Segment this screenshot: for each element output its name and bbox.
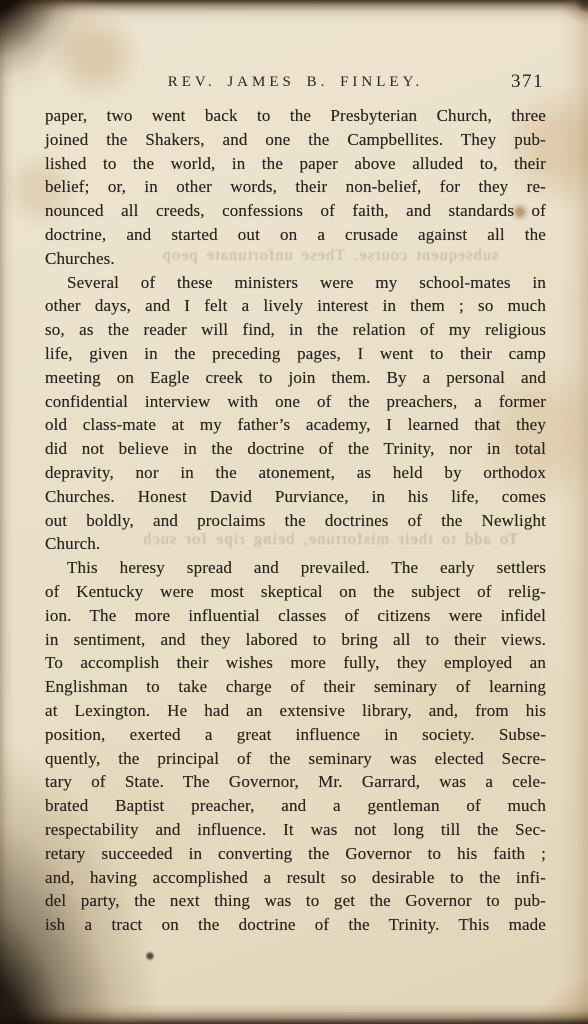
- text-line: Churches. Honest David Purviance, in his…: [45, 485, 546, 509]
- text-line: ion. The more influential classes of cit…: [45, 604, 546, 628]
- text-line: life, given in the preceding pages, I we…: [45, 342, 546, 366]
- text-line: of Kentucky were most skeptical on the s…: [45, 580, 546, 604]
- text-line: so, as the reader will find, in the rela…: [45, 318, 546, 342]
- text-line: did not believe in the doctrine of the T…: [45, 437, 546, 461]
- text-line: nounced all creeds, confessions of faith…: [45, 199, 546, 223]
- text-line: out boldly, and proclaims the doctrines …: [45, 509, 546, 533]
- book-page-scan: REV. JAMES B. FINLEY. 371 paper, two wen…: [0, 0, 588, 1024]
- text-line: paper, two went back to the Presbyterian…: [45, 104, 546, 128]
- text-line: belief; or, in other words, their non-be…: [45, 175, 546, 199]
- text-line: ish a tract on the doctrine of the Trini…: [45, 913, 546, 937]
- text-line: brated Baptist preacher, and a gentleman…: [45, 794, 546, 818]
- text-line: other days, and I felt a lively interest…: [45, 294, 546, 318]
- text-line: depravity, nor in the atonement, as held…: [45, 461, 546, 485]
- text-line: tary of State. The Governor, Mr. Garrard…: [45, 770, 546, 794]
- running-title: REV. JAMES B. FINLEY.: [45, 74, 546, 91]
- text-line: meeting on Eagle creek to join them. By …: [45, 366, 546, 390]
- text-line: This heresy spread and prevailed. The ea…: [45, 556, 546, 580]
- text-line: Several of these ministers were my schoo…: [45, 271, 546, 295]
- text-line: Englishman to take charge of their semin…: [45, 675, 546, 699]
- text-line: respectability and influence. It was not…: [45, 818, 546, 842]
- text-line: Church.: [45, 532, 546, 556]
- page-header: REV. JAMES B. FINLEY. 371: [45, 74, 546, 98]
- text-line: position, exerted a great influence in s…: [45, 723, 546, 747]
- text-line: Churches.: [45, 247, 546, 271]
- text-line: del party, the next thing was to get the…: [45, 889, 546, 913]
- page-number: 371: [511, 71, 544, 93]
- text-block: paper, two went back to the Presbyterian…: [45, 104, 546, 937]
- text-line: at Lexington. He had an extensive librar…: [45, 699, 546, 723]
- text-line: old class-mate at my father’s academy, I…: [45, 413, 546, 437]
- text-line: in sentiment, and they labored to bring …: [45, 628, 546, 652]
- text-line: lished to the world, in the paper above …: [45, 152, 546, 176]
- text-line: To accomplish their wishes more fully, t…: [45, 651, 546, 675]
- text-line: joined the Shakers, and one the Campbell…: [45, 128, 546, 152]
- text-line: quently, the principal of the seminary w…: [45, 747, 546, 771]
- paper: REV. JAMES B. FINLEY. 371 paper, two wen…: [0, 0, 588, 1024]
- text-line: retary succeeded in converting the Gover…: [45, 842, 546, 866]
- text-line: doctrine, and started out on a crusade a…: [45, 223, 546, 247]
- text-line: confidential interview with one of the p…: [45, 390, 546, 414]
- text-line: and, having accomplished a result so des…: [45, 866, 546, 890]
